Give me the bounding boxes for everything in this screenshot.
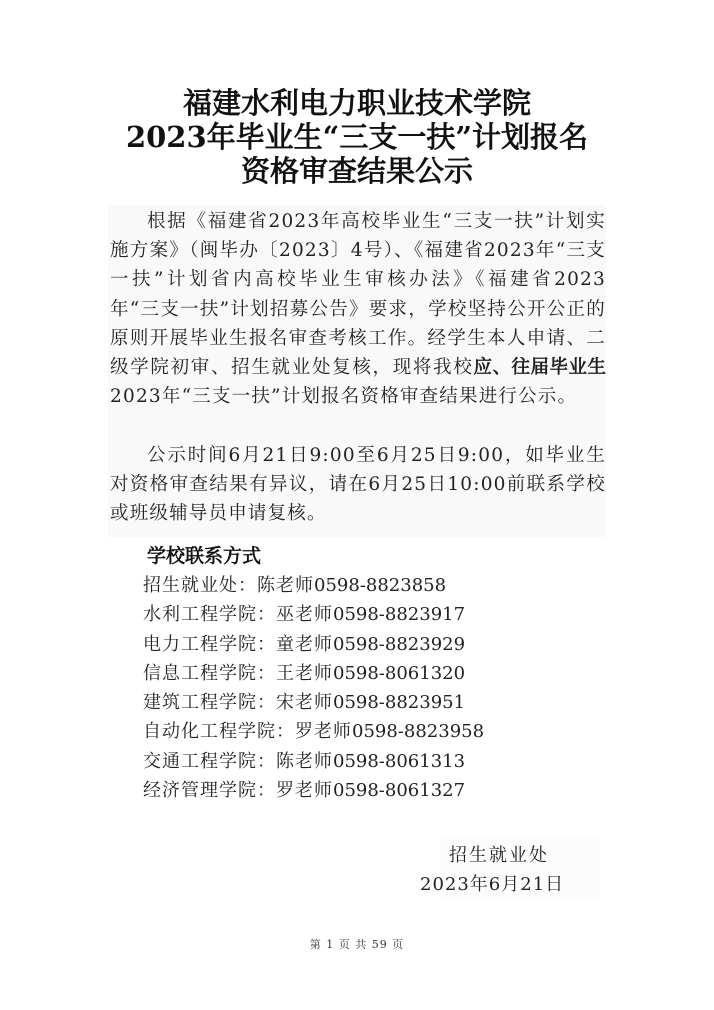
para1-text-a: 根据《福建省2023年高校毕业生“三支一扶”计划实施方案》（闽毕办〔2023〕4… [110,211,606,378]
contact-item: 电力工程学院：童老师0598-8823929 [143,630,484,659]
contacts-heading: 学校联系方式 [147,543,261,569]
contact-item: 建筑工程学院：宋老师0598-8823951 [143,688,484,717]
title-line-1: 福建水利电力职业技术学院 [0,86,714,120]
contact-label: 电力工程学院：童老师 [143,634,333,655]
contact-phone: 0598-8061327 [333,780,465,801]
contact-label: 信息工程学院：王老师 [143,663,333,684]
contact-label: 交通工程学院：陈老师 [143,751,333,772]
contact-label: 招生就业处：陈老师 [143,575,314,596]
contact-label: 水利工程学院：巫老师 [143,604,333,625]
contact-label: 建筑工程学院：宋老师 [143,692,333,713]
title-line-2: 2023年毕业生“三支一扶”计划报名 [0,120,714,154]
contact-item: 水利工程学院：巫老师0598-8823917 [143,600,484,629]
contact-phone: 0598-8823917 [333,604,465,625]
contact-phone: 0598-8823858 [314,575,446,596]
signature-date: 2023年6月21日 [420,871,564,899]
body-paragraph-1: 根据《福建省2023年高校毕业生“三支一扶”计划实施方案》（闽毕办〔2023〕4… [110,207,606,411]
contact-phone: 0598-8061320 [333,663,465,684]
contacts-list: 招生就业处：陈老师0598-8823858 水利工程学院：巫老师0598-882… [143,571,484,805]
page-footer: 第 1 页 共 59 页 [0,936,714,952]
contact-phone: 0598-8823958 [352,721,484,742]
body-paragraph-2: 公示时间6月21日9:00至6月25日9:00，如毕业生对资格审查结果有异议，请… [110,441,606,529]
signature-office: 招生就业处 [449,842,549,870]
contact-item: 交通工程学院：陈老师0598-8061313 [143,747,484,776]
contact-phone: 0598-8823951 [333,692,465,713]
document-title: 福建水利电力职业技术学院 2023年毕业生“三支一扶”计划报名 资格审查结果公示 [0,86,714,188]
contact-label: 经济管理学院：罗老师 [143,780,333,801]
contact-item: 自动化工程学院：罗老师0598-8823958 [143,717,484,746]
contact-item: 信息工程学院：王老师0598-8061320 [143,659,484,688]
contact-phone: 0598-8823929 [333,634,465,655]
title-line-3: 资格审查结果公示 [0,154,714,188]
contact-item: 经济管理学院：罗老师0598-8061327 [143,776,484,805]
contact-phone: 0598-8061313 [333,751,465,772]
document-page: 福建水利电力职业技术学院 2023年毕业生“三支一扶”计划报名 资格审查结果公示… [0,0,714,1010]
contact-item: 招生就业处：陈老师0598-8823858 [143,571,484,600]
contact-label: 自动化工程学院：罗老师 [143,721,352,742]
para1-text-b: 2023年“三支一扶”计划报名资格审查结果进行公示。 [110,386,577,407]
para1-bold-text: 应、往届毕业生 [474,357,606,378]
